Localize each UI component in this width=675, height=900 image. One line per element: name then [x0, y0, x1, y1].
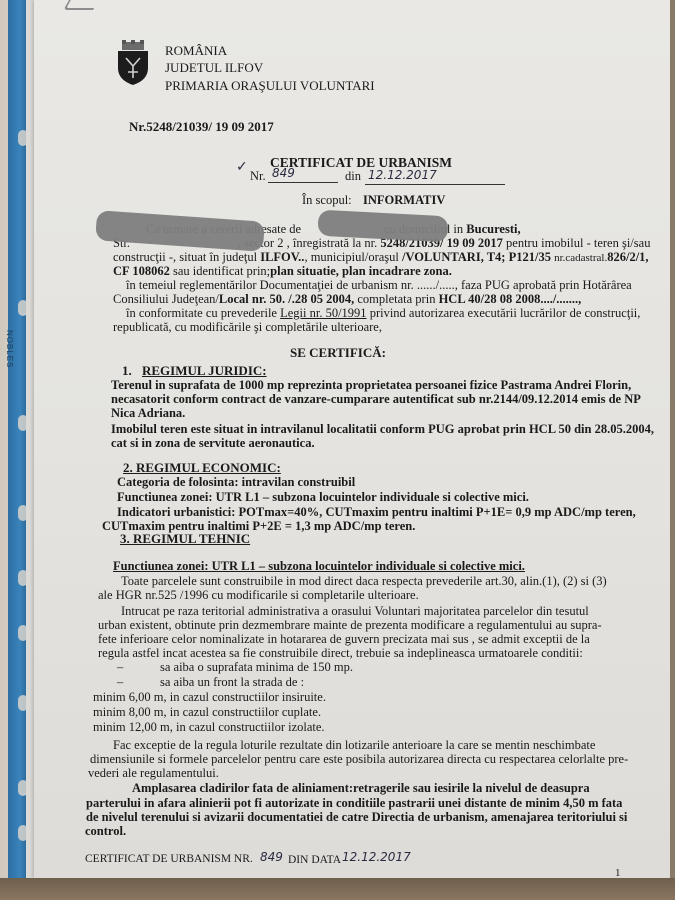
date-fill-line	[365, 184, 505, 185]
intro-city: Bucuresti,	[466, 222, 520, 236]
section-3-paragraph-line: Toate parcelele sunt construibile in mod…	[121, 574, 607, 588]
intro-cf: CF 108062	[113, 264, 170, 278]
nr-fill-line	[268, 182, 338, 183]
intro-text: republicată, cu modificările şi completă…	[113, 320, 382, 334]
law-reference-link: Legii nr. 50/1991	[280, 306, 366, 320]
section-3-paragraph-line: parterului in afara alinierii pot fi aut…	[86, 796, 622, 810]
intro-hcl-local: Local nr. 50. /.28 05 2004,	[219, 292, 354, 306]
section-1-title: REGIMUL JURIDIC:	[142, 364, 267, 378]
se-certifica-heading: SE CERTIFICĂ:	[290, 346, 386, 360]
footer-date-value: 12.12.2017	[342, 850, 411, 864]
certificate-nr-value: 849	[272, 166, 295, 180]
intro-text: în temeiul reglementărilor Documentaţiei…	[126, 278, 632, 292]
intro-text-segment: pentru imobilul - teren şi/sau	[506, 236, 650, 250]
intro-text-segment: în conformitate cu prevederile	[126, 306, 277, 320]
intro-county: ILFOV..	[260, 250, 304, 264]
intro-text-segment: construcţii -, situat în judeţul	[113, 250, 257, 264]
section-2-line: Indicatori urbanistici: POTmax=40%, CUTm…	[117, 505, 636, 519]
certificate-nr-label: Nr.	[250, 169, 266, 183]
intro-text: Consiliului Judeţean/Local nr. 50. /.28 …	[113, 292, 581, 306]
intro-plan: plan situatie, plan incadrare zona.	[270, 264, 452, 278]
front-minimum-line: minim 6,00 m, in cazul constructiilor in…	[93, 690, 326, 704]
section-3-paragraph-line: control.	[85, 824, 126, 838]
intro-hcl: HCL 40/28 08 2008..../.......,	[439, 292, 582, 306]
intro-text-segment: sau identificat prin;	[173, 264, 270, 278]
footer-label: CERTIFICAT DE URBANISM NR.	[85, 852, 253, 866]
intro-city: /VOLUNTARI, T4; P121/35	[402, 250, 551, 264]
intro-text: construcţii -, situat în judeţul ILFOV..…	[113, 250, 663, 265]
intro-cadastral: 826/2/1,	[607, 250, 648, 264]
binder-label: NOBLES	[5, 330, 14, 368]
section-2-line: Categoria de folosinta: intravilan const…	[117, 475, 355, 489]
coat-of-arms-icon	[116, 40, 150, 86]
purpose-value: INFORMATIV	[363, 193, 445, 207]
bullet-item: sa aiba o suprafata minima de 150 mp.	[160, 660, 353, 674]
section-1-line: Imobilul teren este situat in intravilan…	[111, 422, 654, 436]
header-institution: PRIMARIA ORAŞULUI VOLUNTARI	[165, 79, 375, 93]
intro-text: în conformitate cu prevederile Legii nr.…	[126, 306, 640, 320]
section-3-paragraph-line: urban existent, obtinute prin dezmembrar…	[98, 618, 602, 632]
bullet-dash: –	[117, 660, 123, 674]
certificate-document: ROMÂNIA JUDETUL ILFOV PRIMARIA ORAŞULUI …	[0, 0, 675, 900]
intro-text-segment: Consiliului Judeţean/	[113, 292, 219, 306]
section-3-paragraph-line: Fac exceptie de la regula loturile rezul…	[113, 738, 595, 752]
purpose-label: În scopul:	[302, 193, 352, 207]
bullet-item: sa aiba un front la strada de :	[160, 675, 304, 689]
front-minimum-line: minim 8,00 m, in cazul constructiilor cu…	[93, 705, 321, 719]
section-3-paragraph-line: ale HGR nr.525 /1996 cu modificarile si …	[98, 588, 419, 602]
section-2-title: 2. REGIMUL ECONOMIC:	[123, 461, 281, 475]
section-3-paragraph-line: Amplasarea cladirilor fata de aliniament…	[132, 781, 590, 795]
front-minimum-line: minim 12,00 m, in cazul constructiilor i…	[93, 720, 325, 734]
section-2-line: Functiunea zonei: UTR L1 – subzona locui…	[117, 490, 529, 504]
section-1-line: Terenul in suprafata de 1000 mp reprezin…	[111, 378, 631, 392]
section-1-line: necasatorit conform contract de vanzare-…	[111, 392, 641, 406]
section-3-paragraph-line: regula astfel incat acestea sa fie const…	[98, 646, 583, 660]
section-3-zone-heading: Functiunea zonei: UTR L1 – subzona locui…	[113, 559, 525, 573]
section-3-paragraph-line: vederi ale regulamentului.	[88, 766, 219, 780]
section-3-paragraph-line: de nivelul terenului si avizarii documen…	[86, 810, 627, 824]
check-mark-icon: ✓	[236, 160, 248, 174]
section-3-paragraph-line: dimensiunile si formele parcelelor pentr…	[90, 752, 628, 766]
header-county: JUDETUL ILFOV	[165, 61, 263, 75]
intro-text-segment: nr.cadastral.	[554, 252, 607, 264]
intro-text-segment: privind autorizarea executării lucrărilo…	[370, 306, 641, 320]
registration-number: Nr.5248/21039/ 19 09 2017	[129, 120, 274, 134]
intro-text: CF 108062 sau identificat prin;plan situ…	[113, 264, 452, 278]
intro-text-segment: completata prin	[357, 292, 435, 306]
bullet-dash: –	[117, 675, 123, 689]
intro-text-segment: , municipiul/oraşul	[304, 250, 398, 264]
section-3-title: 3. REGIMUL TEHNIC	[120, 532, 250, 546]
certificate-date-label: din	[345, 169, 361, 183]
section-3-paragraph-line: fete inferioare celor nominalizate in ho…	[98, 632, 590, 646]
section-1-number: 1.	[122, 364, 132, 378]
footer-date-label: DIN DATA	[288, 853, 341, 867]
section-1-line: Nica Adriana.	[111, 406, 185, 420]
certificate-date-value: 12.12.2017	[368, 168, 437, 182]
section-3-paragraph-line: Intrucat pe raza teritorial administrati…	[121, 604, 589, 618]
header-country: ROMÂNIA	[165, 44, 227, 58]
page-number: 1	[615, 866, 621, 880]
footer-nr-value: 849	[260, 850, 283, 864]
section-1-line: cat si in zona de servitute aeronautica.	[111, 436, 315, 450]
